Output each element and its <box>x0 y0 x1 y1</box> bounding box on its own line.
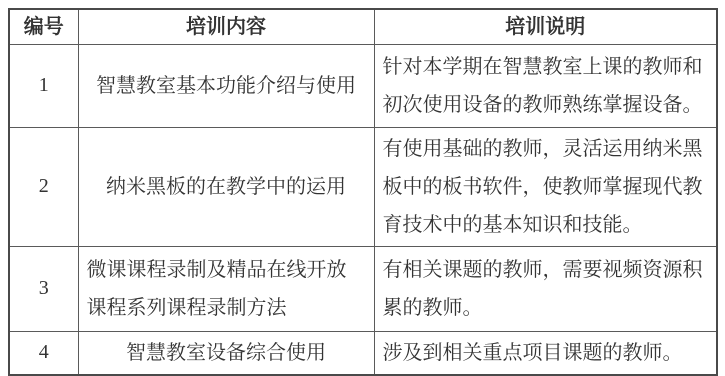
row-1-content: 智慧教室基本功能介绍与使用 <box>78 44 374 127</box>
row-4-description: 涉及到相关重点项目课题的教师。 <box>374 331 717 375</box>
header-cell-id: 编号 <box>9 9 78 44</box>
table-row: 2 纳米黑板的在教学中的运用 有使用基础的教师，灵活运用纳米黑板中的板书软件，使… <box>9 127 717 246</box>
row-1-id: 1 <box>9 44 78 127</box>
row-2-description: 有使用基础的教师，灵活运用纳米黑板中的板书软件，使教师掌握现代教育技术中的基本知… <box>374 127 717 246</box>
row-2-content: 纳米黑板的在教学中的运用 <box>78 127 374 246</box>
row-3-content: 微课课程录制及精品在线开放课程系列课程录制方法 <box>78 246 374 331</box>
table-row: 1 智慧教室基本功能介绍与使用 针对本学期在智慧教室上课的教师和初次使用设备的教… <box>9 44 717 127</box>
header-cell-content: 培训内容 <box>78 9 374 44</box>
row-1-description: 针对本学期在智慧教室上课的教师和初次使用设备的教师熟练掌握设备。 <box>374 44 717 127</box>
row-4-content: 智慧教室设备综合使用 <box>78 331 374 375</box>
header-cell-description: 培训说明 <box>374 9 717 44</box>
training-table: 编号 培训内容 培训说明 1 智慧教室基本功能介绍与使用 针对本学期在智慧教室上… <box>8 8 718 376</box>
row-3-id: 3 <box>9 246 78 331</box>
document-page: 编号 培训内容 培训说明 1 智慧教室基本功能介绍与使用 针对本学期在智慧教室上… <box>0 0 725 371</box>
row-4-id: 4 <box>9 331 78 375</box>
table-row: 4 智慧教室设备综合使用 涉及到相关重点项目课题的教师。 <box>9 331 717 375</box>
table-row: 3 微课课程录制及精品在线开放课程系列课程录制方法 有相关课题的教师，需要视频资… <box>9 246 717 331</box>
row-2-id: 2 <box>9 127 78 246</box>
row-3-description: 有相关课题的教师，需要视频资源积累的教师。 <box>374 246 717 331</box>
table-header-row: 编号 培训内容 培训说明 <box>9 9 717 44</box>
